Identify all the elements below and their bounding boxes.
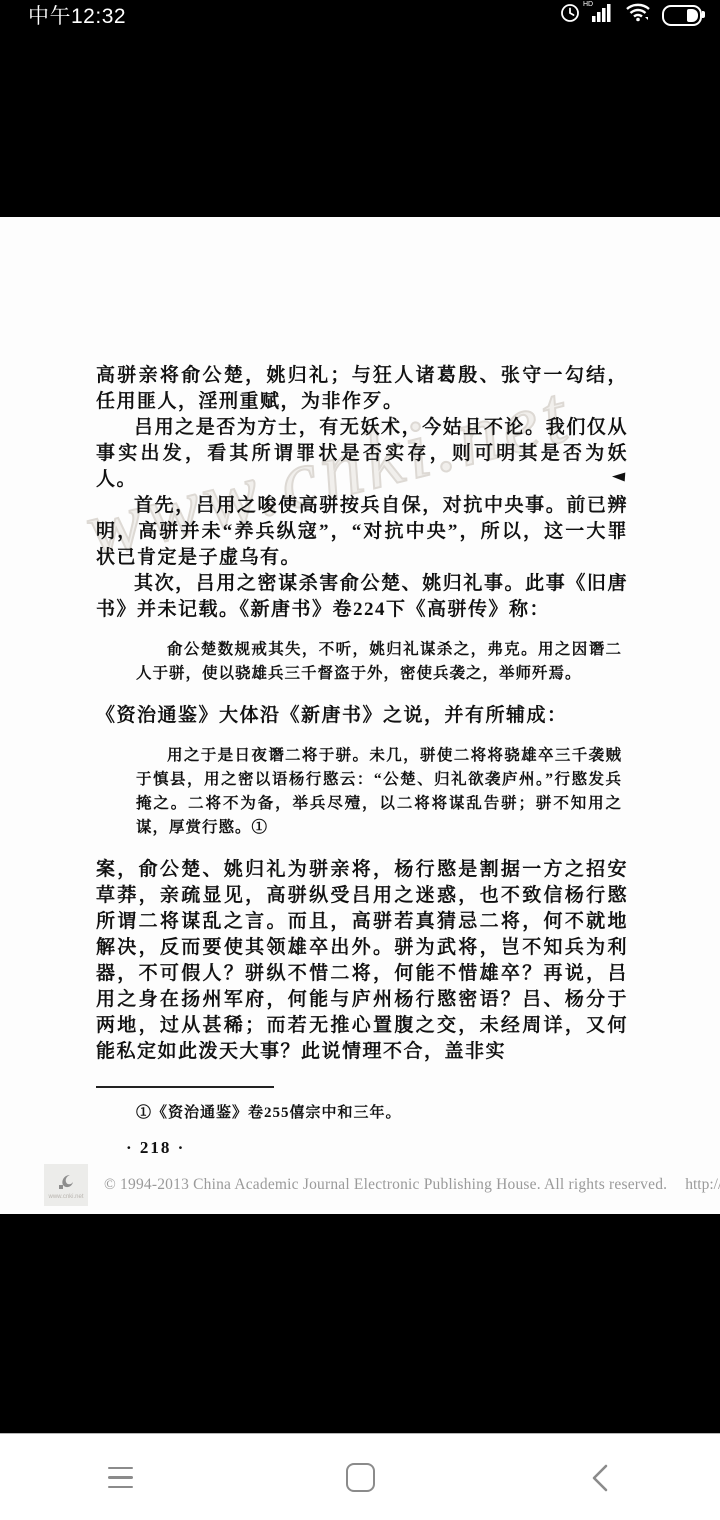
footnote-separator (96, 1086, 274, 1088)
body-paragraph: 吕用之是否为方士，有无妖术，今姑且不论。我们仅从事实出发，看其所谓罪状是否实存，… (96, 415, 628, 493)
page-number: · 218 · (126, 1138, 628, 1158)
copyright-row: www.cnki.net © 1994-2013 China Academic … (44, 1164, 720, 1206)
body-paragraph: 高骈亲将俞公楚，姚归礼；与狂人诸葛殷、张守一勾结，任用匪人，淫刑重赋，为非作歹。 (96, 363, 628, 415)
back-chevron-icon (591, 1463, 609, 1493)
status-icons: HD (560, 3, 702, 28)
recents-button[interactable] (0, 1434, 240, 1520)
alarm-clock-icon (560, 3, 580, 28)
body-paragraph: 首先，吕用之唆使高骈按兵自保，对抗中央事。前已辨明，高骈并未“养兵纵寇”，“对抗… (96, 493, 628, 571)
body-paragraph: 《资治通鉴》大体沿《新唐书》之说，并有所辅成： (96, 703, 628, 729)
battery-icon (662, 5, 702, 26)
page-text-column: 高骈亲将俞公楚，姚归礼；与狂人诸葛殷、张守一勾结，任用匪人，淫刑重赋，为非作歹。… (96, 363, 628, 1158)
menu-icon (108, 1467, 133, 1489)
body-paragraph: 案，俞公楚、姚归礼为骈亲将，杨行愍是割据一方之招安草莽，亲疏显见，高骈纵受吕用之… (96, 857, 628, 1065)
status-bar: 中午12:32 HD (0, 0, 720, 30)
status-time: 中午12:32 (28, 0, 126, 30)
back-button[interactable] (480, 1434, 720, 1520)
home-square-icon (346, 1463, 375, 1492)
cnki-logo-caption: www.cnki.net (48, 1194, 83, 1200)
copyright-url-fragment: http://ww (685, 1176, 720, 1193)
wifi-icon (626, 3, 650, 27)
block-quote: 俞公楚数规戒其失，不听，姚归礼谋杀之，弗克。用之因谮二人于骈，使以骁雄兵三千督盗… (136, 638, 622, 686)
cell-signal-icon: HD (592, 4, 614, 27)
document-page[interactable]: www.cnki.net 高骈亲将俞公楚，姚归礼；与狂人诸葛殷、张守一勾结，任用… (0, 217, 720, 1214)
system-nav-bar (0, 1433, 720, 1520)
home-button[interactable] (240, 1434, 480, 1520)
block-quote: 用之于是日夜谮二将于骈。未几，骈使二将将骁雄卒三千袭贼于慎县，用之密以语杨行愍云… (136, 744, 622, 840)
hd-volte-label: HD (583, 1, 593, 8)
footnote: ①《资治通鉴》卷255僖宗中和三年。 (96, 1101, 628, 1122)
body-paragraph: 其次，吕用之密谋杀害俞公楚、姚归礼事。此事《旧唐书》并未记载。《新唐书》卷224… (96, 571, 628, 623)
copyright-text: © 1994-2013 China Academic Journal Elect… (104, 1176, 667, 1193)
letterbox-lower (0, 1214, 720, 1433)
cnki-logo: www.cnki.net (44, 1164, 88, 1206)
cnki-swirl-icon (55, 1171, 77, 1193)
